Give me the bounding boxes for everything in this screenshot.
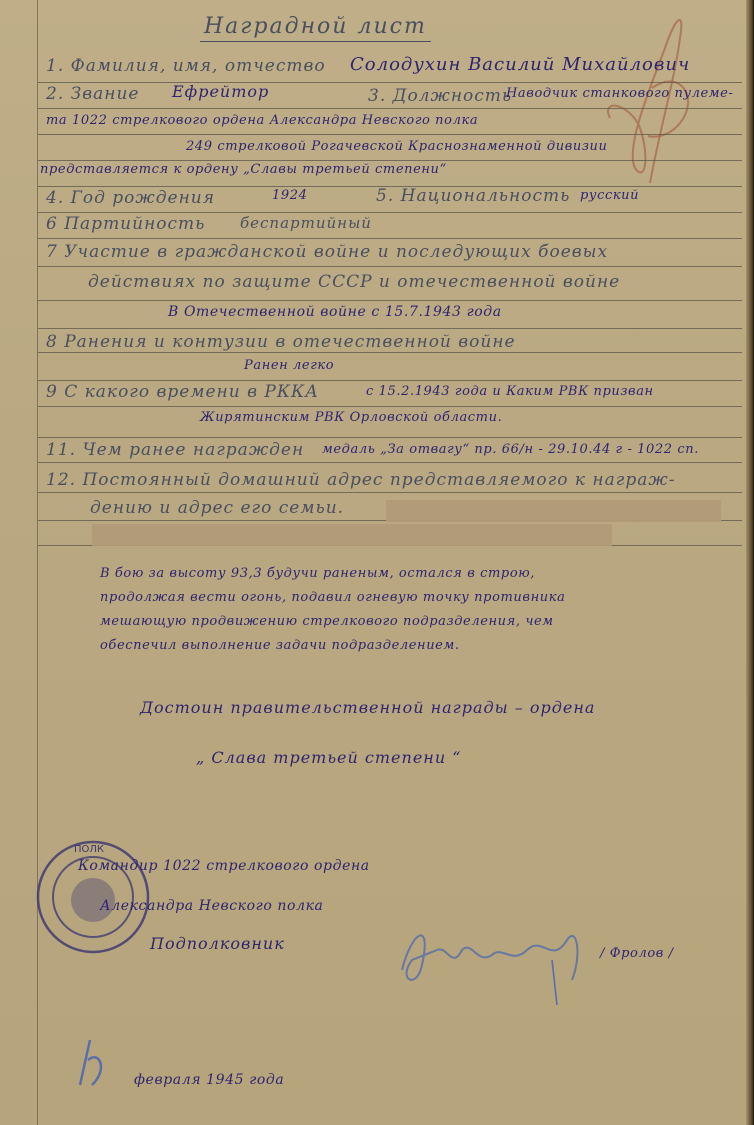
redacted-area [386,500,721,522]
field-address-label-2: дению и адрес его семьи. [90,498,344,518]
ruled-line [38,492,742,493]
field-rank-value: Ефрейтор [172,82,269,101]
field-wounds-value: Ранен легко [244,358,334,373]
award-sheet-page: Наградной лист 1. Фамилия, имя, отчество… [0,0,754,1125]
field-draft-office-value: Жирятинским РВК Орловской области. [200,410,502,425]
document-title: Наградной лист [200,14,431,42]
signature-title-line1: Командир 1022 стрелкового ордена [78,858,370,874]
ruled-line [38,82,742,83]
official-stamp-icon: ПОЛК [34,838,152,956]
date-day-icon [60,1030,110,1090]
field-nominated-for: представляется к ордену „Славы третьей с… [40,162,447,177]
field-participation-label-2: действиях по защите СССР и отечественной… [88,272,620,292]
field-division-value: 249 стрелковой Рогачевской Краснознаменн… [186,139,607,154]
field-previous-awards-label: 11. Чем ранее награжден [46,440,304,460]
red-pencil-mark-icon [590,8,700,198]
narrative-line: мешающую продвижению стрелкового подразд… [100,614,554,629]
field-rank-label: 2. Звание [46,84,139,104]
ruled-line [38,212,742,213]
svg-text:ПОЛК: ПОЛК [74,844,104,855]
field-position-value-2: та 1022 стрелкового ордена Александра Не… [46,113,478,128]
ruled-line [38,108,742,109]
conclusion-line: Достоин правительственной награды – орде… [140,698,595,717]
ruled-line [38,406,742,407]
margin-line [37,0,38,1125]
field-participation-value: В Отечественной войне с 15.7.1943 года [168,304,502,320]
ruled-line [38,380,742,381]
field-position-value: Наводчик станкового пулеме- [506,86,733,101]
field-wounds-label: 8 Ранения и контузии в отечественной вой… [46,332,516,352]
ruled-line [38,352,742,353]
narrative-line: обеспечил выполнение задачи подразделени… [100,638,460,653]
page-edge [746,0,754,1125]
field-nationality-label: 5. Национальность [376,186,570,206]
ruled-line [38,437,742,438]
ruled-line [38,160,742,161]
field-name-label: 1. Фамилия, имя, отчество [46,56,326,76]
field-party-value: беспартийный [240,214,372,232]
conclusion-award: „ Слава третьей степени “ [196,748,461,767]
field-previous-awards-value: медаль „За отвагу“ пр. 66/н - 29.10.44 г… [322,442,699,457]
field-name-value: Солодухин Василий Михайлович [350,54,690,75]
ruled-line [38,266,742,267]
ruled-line [38,238,742,239]
ruled-line [38,134,742,135]
date-text: февраля 1945 года [134,1072,284,1088]
signature-icon [392,910,592,1010]
ruled-line [38,328,742,329]
narrative-line: продолжая вести огонь, подавил огневую т… [100,590,565,605]
field-service-since-value: с 15.2.1943 года и Каким РВК призван [366,384,654,399]
field-address-label: 12. Постоянный домашний адрес представля… [46,470,675,490]
narrative-line: В бою за высоту 93,3 будучи раненым, ост… [100,566,535,581]
ruled-line [38,462,742,463]
field-party-label: 6 Партийность [46,214,205,234]
signature-rank: Подполковник [150,934,285,953]
redacted-area [92,524,612,546]
signatory-name: / Фролов / [600,946,674,961]
field-birth-year-value: 1924 [272,188,307,203]
field-position-label: 3. Должность [368,86,512,106]
signature-title-line2: Александра Невского полка [100,898,324,914]
ruled-line [38,300,742,301]
field-birth-year-label: 4. Год рождения [46,188,215,208]
field-nationality-value: русский [580,188,639,203]
field-service-since-label: 9 С какого времени в РККА [46,382,319,402]
field-participation-label: 7 Участие в гражданской войне и последую… [46,242,608,262]
